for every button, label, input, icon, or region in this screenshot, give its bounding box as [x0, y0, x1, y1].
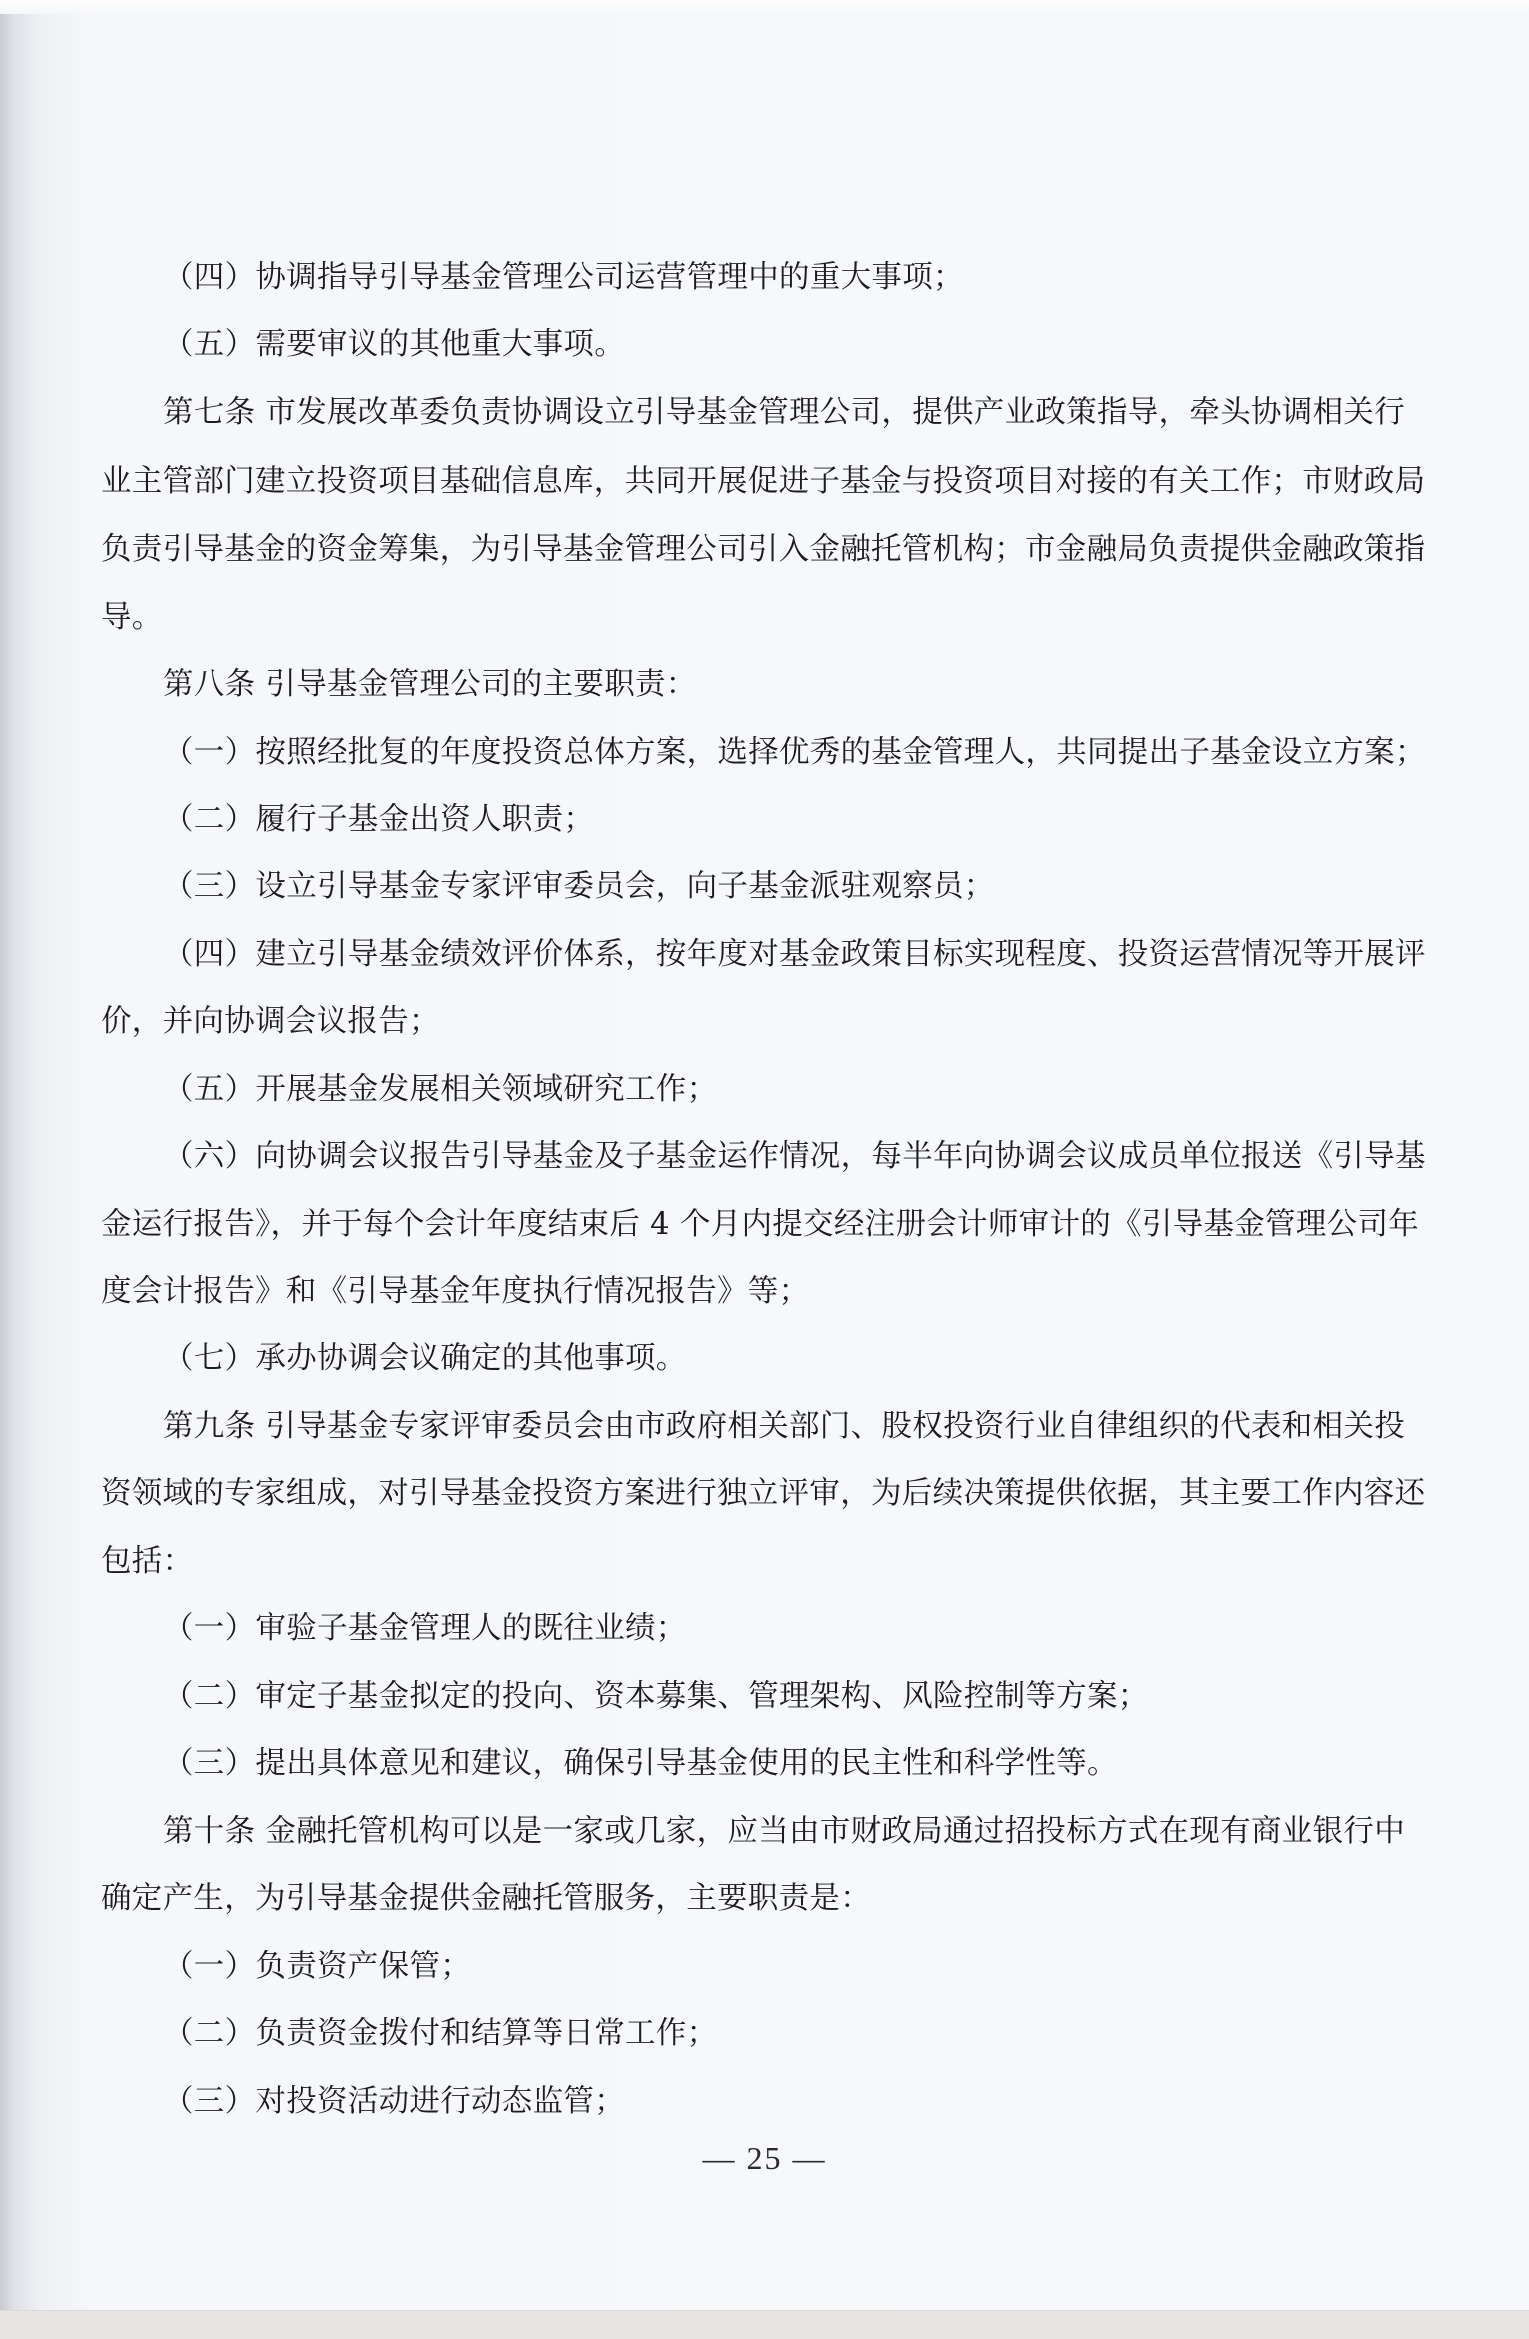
text-line: （一）审验子基金管理人的既往业绩；	[163, 1609, 687, 1649]
text-line: （二）审定子基金拟定的投向、资本募集、管理架构、风险控制等方案；	[163, 1677, 1149, 1717]
text-line: （五）开展基金发展相关领域研究工作；	[163, 1070, 717, 1110]
text-line: （一）负责资产保管；	[163, 1947, 471, 1987]
text-line: （二）履行子基金出资人职责；	[163, 800, 594, 840]
text-line: 导。	[101, 598, 163, 638]
text-line: 价，并向协调会议报告；	[101, 1002, 440, 1042]
text-line: （三）提出具体意见和建议，确保引导基金使用的民主性和科学性等。	[163, 1744, 1118, 1784]
scanner-bottom-strip	[0, 2310, 1529, 2339]
text-line: 资领域的专家组成，对引导基金投资方案进行独立评审，为后续决策提供依据，其主要工作…	[101, 1474, 1425, 1514]
text-line: 第九条 引导基金专家评审委员会由市政府相关部门、股权投资行业自律组织的代表和相关…	[163, 1407, 1405, 1447]
text-line: 第八条 引导基金管理公司的主要职责：	[163, 665, 697, 705]
text-line: （四）协调指导引导基金管理公司运营管理中的重大事项；	[163, 258, 964, 298]
text-line: 度会计报告》和《引导基金年度执行情况报告》等；	[101, 1272, 809, 1312]
text-line: （六）向协调会议报告引导基金及子基金运作情况，每半年向协调会议成员单位报送《引导…	[163, 1137, 1426, 1177]
page-top-edge	[0, 0, 1529, 14]
text-line: （四）建立引导基金绩效评价体系，按年度对基金政策目标实现程度、投资运营情况等开展…	[163, 935, 1426, 975]
text-line: （二）负责资金拨付和结算等日常工作；	[163, 2014, 717, 2054]
text-line: （五）需要审议的其他重大事项。	[163, 325, 625, 365]
text-line: （三）设立引导基金专家评审委员会，向子基金派驻观察员；	[163, 867, 995, 907]
text-line: （三）对投资活动进行动态监管；	[163, 2082, 625, 2122]
text-line: 业主管部门建立投资项目基础信息库，共同开展促进子基金与投资项目对接的有关工作；市…	[101, 462, 1425, 502]
page-number: — 25 —	[0, 2140, 1529, 2177]
text-line: 第十条 金融托管机构可以是一家或几家，应当由市财政局通过招投标方式在现有商业银行…	[163, 1812, 1405, 1852]
text-line: （七）承办协调会议确定的其他事项。	[163, 1339, 687, 1379]
text-line: 第七条 市发展改革委负责协调设立引导基金管理公司，提供产业政策指导，牵头协调相关…	[163, 393, 1405, 433]
text-line: 金运行报告》，并于每个会计年度结束后 4 个月内提交经注册会计师审计的《引导基金…	[101, 1205, 1419, 1245]
scanned-page: （四）协调指导引导基金管理公司运营管理中的重大事项；（五）需要审议的其他重大事项…	[0, 0, 1529, 2310]
text-line: 包括：	[101, 1542, 193, 1582]
text-line: 负责引导基金的资金筹集，为引导基金管理公司引入金融托管机构；市金融局负责提供金融…	[101, 530, 1425, 570]
text-line: 确定产生，为引导基金提供金融托管服务，主要职责是：	[101, 1879, 871, 1919]
text-line: （一）按照经批复的年度投资总体方案，选择优秀的基金管理人，共同提出子基金设立方案…	[163, 733, 1426, 773]
